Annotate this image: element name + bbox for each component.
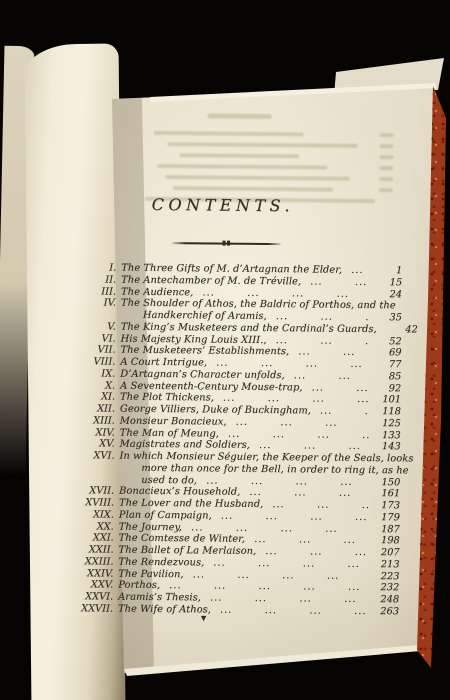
show-through-text <box>57 108 404 207</box>
chapter-numeral <box>54 473 119 485</box>
chapter-numeral: XXIII. <box>53 556 118 568</box>
chapter-numeral: XXII. <box>54 544 119 556</box>
chapter-numeral: VIII. <box>55 356 120 368</box>
page-number: 232 <box>373 582 399 594</box>
dot-leader: ... ... ... ... ... ... ... ... <box>320 406 369 418</box>
page-title: CONTENTS. <box>57 194 389 216</box>
page-number: 15 <box>376 277 402 289</box>
dot-leader: ... ... ... ... ... ... ... ... <box>310 276 370 288</box>
contents-list: I.The Three Gifts of M. d’Artagnan the E… <box>53 262 402 618</box>
toc-entry-line: XXVII.The Wife of Athos,... ... ... ... … <box>53 603 399 618</box>
page-number: 133 <box>375 430 401 442</box>
page-number: 92 <box>375 383 401 395</box>
chapter-numeral: III. <box>56 285 121 297</box>
chapter-numeral: VI. <box>56 332 121 344</box>
dot-leader: ... ... ... ... ... ... ... ... <box>294 370 370 382</box>
chapter-numeral: VII. <box>55 344 120 356</box>
chapter-numeral: IX. <box>55 368 120 380</box>
chapter-numeral: XXIV. <box>53 567 118 579</box>
page-number: 223 <box>373 571 399 583</box>
chapter-title: The Journey, <box>119 521 182 533</box>
chapter-title: Plan of Campaign, <box>119 509 212 522</box>
chapter-numeral: XVII. <box>54 485 119 497</box>
book-photo: CONTENTS. I.The Three Gifts of M. d’Arta… <box>0 0 450 700</box>
page-content: CONTENTS. I.The Three Gifts of M. d’Arta… <box>53 90 404 653</box>
chapter-numeral: V. <box>56 321 121 333</box>
page-number: 69 <box>375 347 401 359</box>
page-number: 42 <box>392 324 418 336</box>
page-number: 101 <box>375 394 401 406</box>
page-number: 173 <box>374 500 400 512</box>
page-number: 150 <box>374 477 400 489</box>
dot-leader: ... ... ... ... ... ... ... ... <box>312 382 370 394</box>
chapter-numeral: XV. <box>55 438 120 450</box>
chapter-numeral: XIX. <box>54 509 119 521</box>
page-number: 161 <box>374 488 400 500</box>
chapter-numeral: XXI. <box>54 532 119 544</box>
chapter-title: The Wife of Athos, <box>118 603 211 616</box>
dot-leader: ... ... ... ... ... ... ... ... <box>351 265 370 277</box>
dot-leader: ... ... ... ... ... ... ... ... <box>265 546 367 559</box>
chapter-numeral: XI. <box>55 391 120 403</box>
toc-line-body: The Wife of Athos,... ... ... ... ... ..… <box>118 603 399 617</box>
chapter-numeral: XXVI. <box>53 591 118 603</box>
chapter-numeral: XII. <box>55 403 120 415</box>
chapter-title: The Plot Thickens, <box>120 392 214 405</box>
chapter-title: Porthos, <box>118 580 160 592</box>
chapter-numeral: II. <box>56 274 121 286</box>
chapter-numeral: IV. <box>56 297 121 309</box>
signature-mark: ▼ <box>201 614 206 622</box>
chapter-numeral: XX. <box>54 520 119 532</box>
page-number: 125 <box>375 418 401 430</box>
dot-leader: ... ... ... ... ... ... ... ... <box>259 440 369 453</box>
page-number: 207 <box>374 547 400 559</box>
page-number: 198 <box>374 535 400 547</box>
chapter-numeral: XVI. <box>54 450 119 462</box>
page-number: 143 <box>375 441 401 453</box>
chapter-numeral: X. <box>55 379 120 391</box>
dot-leader: ... ... ... ... ... ... ... ... <box>272 499 368 512</box>
chapter-title: The Pavilion, <box>118 568 183 580</box>
chapter-title: The Man of Meung, <box>120 427 219 440</box>
page-number: 179 <box>374 512 400 524</box>
chapter-numeral <box>56 309 121 321</box>
chapter-numeral: XIV. <box>55 426 120 438</box>
chapter-title: used to do, <box>141 474 197 486</box>
chapter-numeral <box>54 462 119 474</box>
chapter-numeral: XIII. <box>55 415 120 427</box>
chapter-numeral: XVIII. <box>54 497 119 509</box>
dot-leader: ... ... ... ... ... ... ... ... <box>220 604 367 617</box>
page-number: 1 <box>376 265 402 277</box>
divider-rule <box>173 242 281 245</box>
page-number: 35 <box>376 312 402 324</box>
chapter-title: Aramis’s Thesis, <box>118 592 201 605</box>
page-number: 263 <box>373 606 399 618</box>
page-number: 187 <box>374 524 400 536</box>
page-number: 213 <box>373 559 399 571</box>
dot-leader: ... ... ... ... ... ... ... ... <box>276 311 370 324</box>
page-number: 118 <box>375 406 401 418</box>
chapter-title: The Rendezvous, <box>118 556 204 569</box>
chapter-title: A Court Intrigue, <box>120 357 207 370</box>
chapter-numeral: XXVII. <box>53 603 118 615</box>
chapter-numeral: I. <box>56 262 121 274</box>
page-number: 24 <box>376 289 402 301</box>
dot-leader: ... ... ... ... ... ... ... ... <box>254 534 368 547</box>
chapter-numeral: XXV. <box>53 579 118 591</box>
page-number: 248 <box>373 594 399 606</box>
page-number: 77 <box>375 359 401 371</box>
chapter-title: Monsieur Bonacieux, <box>120 415 227 428</box>
chapter-title: The Audience, <box>121 286 193 298</box>
page-number: 52 <box>376 336 402 348</box>
page-number: 85 <box>375 371 401 383</box>
dot-leader: ... ... ... ... ... ... ... ... <box>276 335 370 348</box>
dot-leader: ... ... ... ... ... ... ... ... <box>298 347 369 359</box>
